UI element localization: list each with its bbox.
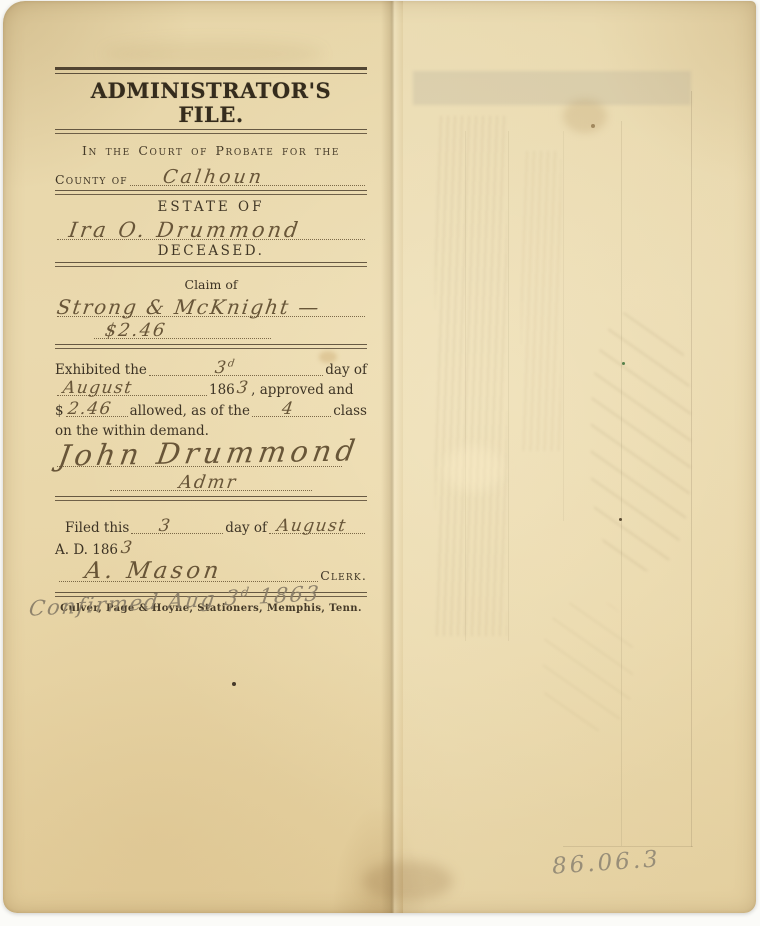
clerk-fill-line: A. Mason (59, 577, 318, 582)
county-label: County of (55, 172, 128, 188)
exhibited-year-handwritten: 3 (235, 378, 250, 398)
exhibited-prefix: Exhibited the (55, 362, 147, 378)
double-rule-heavy (55, 67, 367, 74)
exhibited-line-2: August 186 3 , approved and (55, 378, 367, 399)
claim-amount-handwritten: $2.46 (104, 320, 168, 341)
filed-day-fill: 3 (131, 529, 223, 534)
ad-year-handwritten: 3 (120, 538, 135, 558)
allowed-amount-handwritten: 2.46 (67, 399, 114, 419)
deceased-label: DECEASED. (55, 244, 367, 258)
exhibited-line-1: Exhibited the 3d day of (55, 357, 367, 378)
claim-amount-line: $2.46 (92, 319, 273, 341)
bleedthrough-handwriting (591, 311, 691, 571)
claimant-fill-line: Strong & McKnight — (57, 312, 365, 317)
exhibited-paragraph: Exhibited the 3d day of August 186 3 , a… (55, 357, 367, 439)
estate-name-line: Ira O. Drummond (55, 216, 367, 242)
anno-domini-line: A. D. 186 3 (55, 540, 367, 558)
pencil-note-year: 1863 (249, 581, 322, 609)
estate-name-fill-line: Ira O. Drummond (57, 235, 365, 240)
filed-month-fill: August (269, 529, 365, 534)
bleedthrough-rule (563, 131, 564, 521)
filed-line: Filed this 3 day of August (55, 512, 367, 536)
bleedthrough-text-column (435, 116, 507, 636)
bleedthrough-rule (563, 846, 693, 847)
claimant-line: Strong & McKnight — (55, 293, 367, 319)
claim-amount-fill-line: $2.46 (94, 334, 271, 339)
exhibited-day-fill: 3d (149, 371, 323, 376)
dollar-sign: $ (55, 403, 64, 419)
administrator-signature: John Drummond (56, 433, 362, 472)
bleedthrough-handwriting (543, 601, 633, 731)
bleedthrough-rule (691, 91, 692, 847)
class-handwritten: 4 (281, 399, 296, 419)
bleedthrough-header-band (413, 71, 691, 105)
exhibited-dayof: day of (325, 362, 367, 378)
administrator-title-line: Admr (108, 471, 314, 493)
double-rule (55, 129, 367, 134)
paper-sheet: ADMINISTRATOR'S FILE. In the Court of Pr… (3, 1, 756, 913)
court-line: In the Court of Probate for the (55, 144, 367, 158)
admr-fill-line: Admr (110, 486, 312, 491)
ink-speck (591, 124, 595, 128)
exhibited-line-3: $ 2.46 allowed, as of the 4 class (55, 398, 367, 419)
ink-speck (232, 682, 236, 686)
county-handwritten: Calhoun (161, 166, 265, 188)
exhibited-day-suffix: d (227, 358, 237, 369)
exhibited-day-handwritten: 3d (214, 358, 237, 378)
filed-prefix: Filed this (65, 520, 129, 536)
double-rule (55, 190, 367, 195)
signature-fill-line: John Drummond (57, 462, 342, 467)
estate-of-heading: ESTATE OF (55, 200, 367, 214)
double-rule (55, 496, 367, 501)
exhibited-year-printed: 186 (209, 382, 235, 398)
double-rule (55, 344, 367, 349)
administrator-signature-line: John Drummond (55, 439, 367, 471)
admr-handwritten: Admr (177, 472, 238, 493)
county-line: County of Calhoun (55, 164, 367, 188)
class-label: class (333, 403, 367, 419)
filed-day-handwritten: 3 (157, 516, 172, 536)
exhibited-month-handwritten: August (62, 378, 134, 398)
ad-printed: A. D. 186 (55, 542, 118, 558)
ink-speck (619, 518, 622, 521)
bleedthrough-text-column (521, 151, 561, 451)
exhibited-month-fill: August (57, 391, 207, 396)
estate-name-handwritten: Ira O. Drummond (68, 218, 303, 242)
bleedthrough-rule (508, 131, 509, 641)
double-rule (55, 262, 367, 267)
probate-form: ADMINISTRATOR'S FILE. In the Court of Pr… (55, 61, 367, 615)
exhibited-approved: , approved and (251, 382, 353, 398)
fold-crease (381, 1, 403, 913)
filed-dayof: day of (225, 520, 267, 536)
claimant-handwritten: Strong & McKnight — (55, 295, 322, 319)
claim-of-label: Claim of (55, 278, 367, 291)
green-speck (622, 362, 625, 365)
allowed-amount-fill: 2.46 (66, 412, 128, 417)
clerk-signature: A. Mason (83, 558, 224, 584)
class-fill: 4 (252, 412, 331, 417)
allowed-text: allowed, as of the (130, 403, 250, 419)
county-fill-line: Calhoun (130, 181, 365, 186)
form-title: ADMINISTRATOR'S FILE. (55, 79, 367, 127)
filed-month-handwritten: August (275, 516, 347, 536)
